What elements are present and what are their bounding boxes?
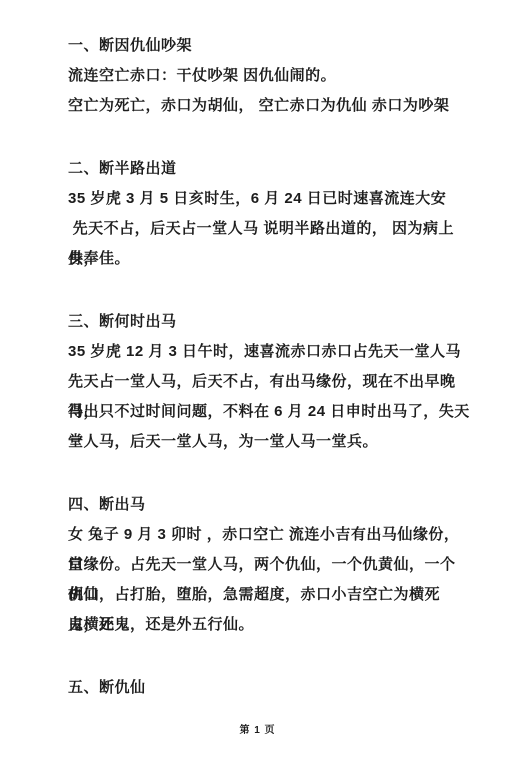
text-line: 胡仙，占打胎，堕胎，急需超度，赤口小吉空亡为横死鬼，还 bbox=[68, 580, 470, 610]
text-line: 女 兔子 9 月 3 卯时 ，赤口空亡 流连小吉有出马仙缘份，堂 bbox=[68, 520, 470, 550]
text-line: 堂人马，后天一堂人马，为一堂人马一堂兵。 bbox=[68, 427, 470, 457]
text-line: 流连空亡赤口：干仗吵架 因仇仙闹的。 bbox=[68, 61, 470, 91]
section-heading: 三、断何时出马 bbox=[68, 307, 470, 337]
section-1: 一、断因仇仙吵架 流连空亡赤口：干仗吵架 因仇仙闹的。 空亡为死亡，赤口为胡仙，… bbox=[68, 31, 470, 121]
text-line: 口缘份。占先天一堂人马，两个仇仙，一个仇黄仙，一个仇口 bbox=[68, 550, 470, 580]
document-body: 一、断因仇仙吵架 流连空亡赤口：干仗吵架 因仇仙闹的。 空亡为死亡，赤口为胡仙，… bbox=[68, 31, 470, 703]
text-line: 35 岁虎 3 月 5 日亥时生，6 月 24 日已时速喜流连大安 bbox=[68, 184, 470, 214]
section-heading: 二、断半路出道 bbox=[68, 154, 470, 184]
section-heading: 一、断因仇仙吵架 bbox=[68, 31, 470, 61]
text-line: 供奉佳。 bbox=[68, 244, 470, 274]
section-4: 四、断出马 女 兔子 9 月 3 卯时 ，赤口空亡 流连小吉有出马仙缘份，堂 口… bbox=[68, 490, 470, 640]
page-number: 第 1 页 bbox=[0, 721, 515, 736]
section-2: 二、断半路出道 35 岁虎 3 月 5 日亥时生，6 月 24 日已时速喜流连大… bbox=[68, 154, 470, 274]
text-line: 空亡为死亡，赤口为胡仙， 空亡赤口为仇仙 赤口为吵架 bbox=[68, 91, 470, 121]
text-line: 占横死鬼，还是外五行仙。 bbox=[68, 610, 470, 640]
text-line: 马，只不过时间问题，不料在 6 月 24 日申时出马了，失天一 bbox=[68, 397, 470, 427]
section-5: 五、断仇仙 bbox=[68, 673, 470, 703]
section-heading: 五、断仇仙 bbox=[68, 673, 470, 703]
text-line: 35 岁虎 12 月 3 日午时，速喜流赤口赤口占先天一堂人马 bbox=[68, 337, 470, 367]
text-line: 先天不占，后天占一堂人马 说明半路出道的， 因为病上身， bbox=[68, 214, 470, 244]
text-line: 先天占一堂人马，后天不占，有出马缘份，现在不出早晚得出 bbox=[68, 367, 470, 397]
section-3: 三、断何时出马 35 岁虎 12 月 3 日午时，速喜流赤口赤口占先天一堂人马 … bbox=[68, 307, 470, 457]
document-page: 一、断因仇仙吵架 流连空亡赤口：干仗吵架 因仇仙闹的。 空亡为死亡，赤口为胡仙，… bbox=[0, 0, 525, 762]
section-heading: 四、断出马 bbox=[68, 490, 470, 520]
